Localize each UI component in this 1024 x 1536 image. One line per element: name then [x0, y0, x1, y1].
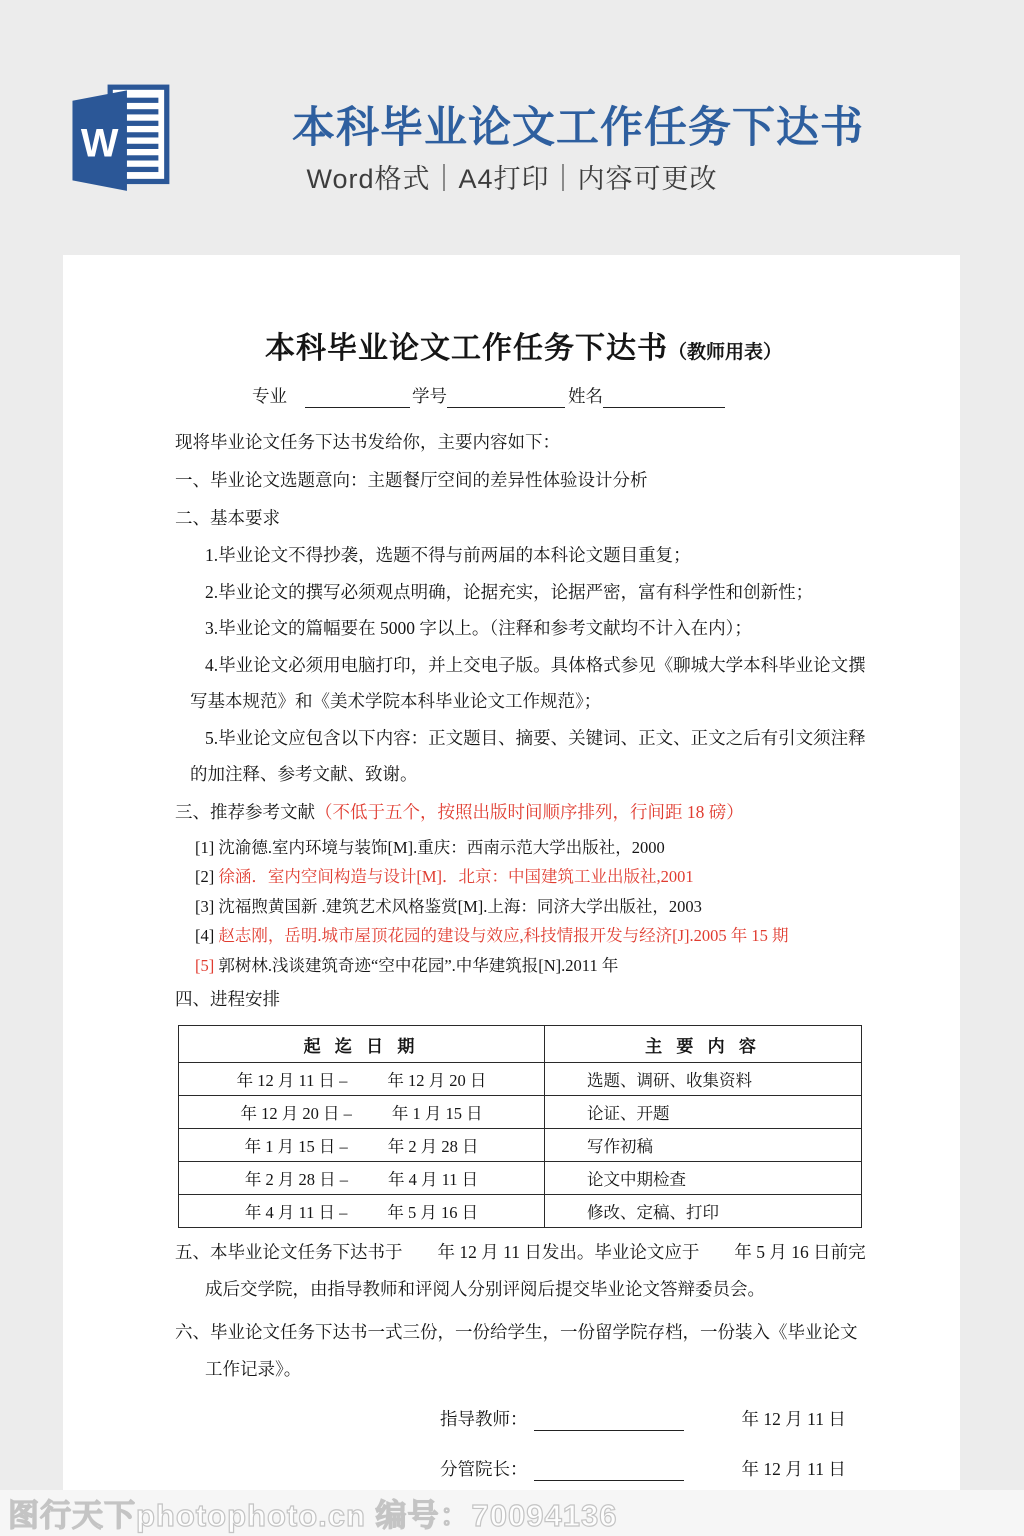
section-6: 六、毕业论文任务下达书一式三份，一份给学生，一份留学院存档，一份装入《毕业论文工… — [175, 1314, 872, 1388]
reference-item: [5] 郭树林.浅谈建筑奇迹“空中花园”.中华建筑报[N].2011 年 — [195, 951, 872, 981]
major-blank — [305, 385, 410, 408]
requirement-3: 3.毕业论文的篇幅要在 5000 字以上。（注释和参考文献均不计入在内）； — [175, 610, 872, 647]
section-3-label: 三、推荐参考文献 — [175, 802, 315, 822]
period-start: 年 1 月 15 日 – — [245, 1133, 348, 1157]
reference-text: 赵志刚，岳明.城市屋顶花园的建设与效应,科技情报开发与经济[J].2005 年 … — [218, 926, 788, 945]
period-end: 年 5 月 16 日 — [387, 1199, 478, 1223]
row-content: 论证、开题 — [545, 1096, 862, 1129]
dean-date: 年 12 月 11 日 — [742, 1459, 846, 1479]
advisor-label: 指导教师： — [440, 1409, 528, 1429]
table-row: 年 2 月 28 日 –年 4 月 11 日 论文中期检查 — [179, 1162, 862, 1195]
requirement-2: 2.毕业论文的撰写必须观点明确，论据充实，论据严密，富有科学性和创新性； — [175, 574, 872, 611]
reference-index: [5] — [195, 956, 214, 975]
section-3-heading: 三、推荐参考文献（不低于五个，按照出版时间顺序排列，行间距 18 磅） — [175, 793, 872, 831]
table-row: 年 1 月 15 日 –年 2 月 28 日 写作初稿 — [179, 1129, 862, 1162]
period-start: 年 4 月 11 日 – — [245, 1199, 348, 1223]
doc-title-row: 本科毕业论文工作任务下达书（教师用表） — [175, 323, 872, 367]
reference-item: [4] 赵志刚，岳明.城市屋顶花园的建设与效应,科技情报开发与经济[J].200… — [195, 921, 872, 951]
section-5: 五、本毕业论文任务下达书于 年 12 月 11 日发出。毕业论文应于 年 5 月… — [175, 1234, 872, 1308]
section-3-note: （不低于五个，按照出版时间顺序排列，行间距 18 磅） — [315, 802, 744, 822]
table-row: 年 4 月 11 日 –年 5 月 16 日 修改、定稿、打印 — [179, 1195, 862, 1228]
requirement-1: 1.毕业论文不得抄袭，选题不得与前两届的本科论文题目重复； — [175, 537, 872, 574]
period-start: 年 2 月 28 日 – — [245, 1166, 348, 1190]
dean-signature-blank — [534, 1460, 684, 1481]
footer-band: 图行天下photophoto.cn 编号：70094136 — [0, 1490, 1024, 1536]
student-id-blank — [447, 385, 565, 408]
reference-index: [3] — [195, 897, 214, 916]
requirement-5: 5.毕业论文应包含以下内容：正文题目、摘要、关键词、正文、正文之后有引文须注释的… — [175, 720, 872, 793]
page-subtitle: Word格式｜A4打印｜内容可更改 — [0, 157, 1024, 196]
reference-list: [1] 沈渝德.室内环境与装饰[M].重庆：西南示范大学出版社，2000 [2]… — [195, 833, 872, 981]
content-header: 主 要 内 容 — [545, 1026, 862, 1063]
advisor-date: 年 12 月 11 日 — [742, 1409, 846, 1429]
dean-label: 分管院长： — [440, 1459, 528, 1479]
section-1: 一、毕业论文选题意向：主题餐厅空间的差异性体验设计分析 — [175, 461, 872, 499]
doc-title: 本科毕业论文工作任务下达书 — [265, 332, 668, 365]
advisor-signature-blank — [534, 1410, 684, 1431]
reference-text: 沈福煦黄国新 .建筑艺术风格鉴赏[M].上海：同济大学出版社，2003 — [218, 897, 702, 916]
table-header-row: 起 迄 日 期 主 要 内 容 — [179, 1026, 862, 1063]
reference-item: [3] 沈福煦黄国新 .建筑艺术风格鉴赏[M].上海：同济大学出版社，2003 — [195, 892, 872, 922]
student-info-row: 专业学号姓名 — [252, 383, 872, 415]
advisor-signature-row: 指导教师：年 12 月 11 日 — [440, 1406, 872, 1456]
reference-text: 郭树林.浅谈建筑奇迹“空中花园”.中华建筑报[N].2011 年 — [218, 956, 618, 975]
dates-header: 起 迄 日 期 — [179, 1026, 545, 1063]
row-content: 写作初稿 — [545, 1129, 862, 1162]
period-end: 年 4 月 11 日 — [388, 1166, 478, 1190]
reference-item: [2] 徐涵．室内空间构造与设计[M]．北京：中国建筑工业出版社,2001 — [195, 862, 872, 892]
reference-index: [2] — [195, 867, 214, 886]
reference-index: [4] — [195, 926, 214, 945]
row-content: 选题、调研、收集资料 — [545, 1063, 862, 1096]
row-content: 修改、定稿、打印 — [545, 1195, 862, 1228]
period-start: 年 12 月 20 日 – — [240, 1100, 351, 1124]
table-row: 年 12 月 11 日 –年 12 月 20 日 选题、调研、收集资料 — [179, 1063, 862, 1096]
period-end: 年 12 月 20 日 — [387, 1067, 486, 1091]
watermark-text: 图行天下photophoto.cn 编号：70094136 — [8, 1490, 617, 1535]
period-start: 年 12 月 11 日 – — [237, 1067, 348, 1091]
row-content: 论文中期检查 — [545, 1162, 862, 1195]
reference-index: [1] — [195, 838, 214, 857]
intro-text: 现将毕业论文任务下达书发给你，主要内容如下： — [175, 423, 872, 461]
section-2-heading: 二、基本要求 — [175, 499, 872, 537]
period-end: 年 1 月 15 日 — [392, 1100, 483, 1124]
name-blank — [603, 385, 725, 408]
student-id-label: 学号 — [412, 386, 447, 406]
page-title: 本科毕业论文工作任务下达书 — [132, 94, 1024, 155]
period-end: 年 2 月 28 日 — [388, 1133, 479, 1157]
reference-text: 沈渝德.室内环境与装饰[M].重庆：西南示范大学出版社，2000 — [218, 838, 664, 857]
schedule-table: 起 迄 日 期 主 要 内 容 年 12 月 11 日 –年 12 月 20 日… — [178, 1025, 862, 1228]
document-page: 本科毕业论文工作任务下达书（教师用表） 专业学号姓名 现将毕业论文任务下达书发给… — [63, 255, 960, 1536]
requirement-4: 4.毕业论文必须用电脑打印，并上交电子版。具体格式参见《聊城大学本科毕业论文撰写… — [175, 647, 872, 720]
major-label: 专业 — [252, 386, 287, 406]
name-label: 姓名 — [568, 386, 603, 406]
section-4-heading: 四、进程安排 — [175, 980, 872, 1018]
table-row: 年 12 月 20 日 –年 1 月 15 日 论证、开题 — [179, 1096, 862, 1129]
reference-text: 徐涵．室内空间构造与设计[M]．北京：中国建筑工业出版社,2001 — [218, 867, 693, 886]
reference-item: [1] 沈渝德.室内环境与装饰[M].重庆：西南示范大学出版社，2000 — [195, 833, 872, 863]
doc-title-suffix: （教师用表） — [668, 342, 782, 363]
